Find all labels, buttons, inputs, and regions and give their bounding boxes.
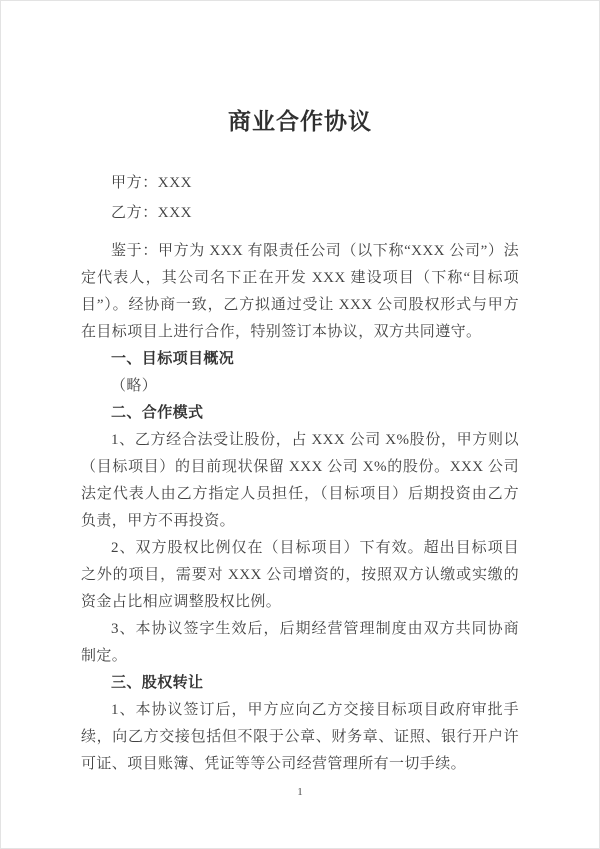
section-1-paragraph-1: （略）	[81, 373, 519, 400]
party-b-line: 乙方：XXX	[81, 198, 519, 228]
section-1-heading: 一、目标项目概况	[81, 346, 519, 373]
section-3-heading: 三、股权转让	[81, 670, 519, 697]
parties-block: 甲方：XXX 乙方：XXX	[81, 168, 519, 228]
section-2-paragraph-3: 3、本协议签字生效后，后期经营管理制度由双方共同协商制定。	[81, 616, 519, 670]
party-a-line: 甲方：XXX	[81, 168, 519, 198]
section-2-paragraph-1: 1、乙方经合法受让股份，占 XXX 公司 X%股份，甲方则以（目标项目）的目前现…	[81, 427, 519, 535]
section-2-paragraph-2: 2、双方股权比例仅在（目标项目）下有效。超出目标项目之外的项目，需要对 XXX …	[81, 535, 519, 616]
page-number: 1	[297, 786, 303, 798]
document-body: 鉴于：甲方为 XXX 有限责任公司（以下称“XXX 公司”）法定代表人，其公司名…	[81, 238, 519, 778]
document-title: 商业合作协议	[1, 1, 599, 135]
preamble-paragraph: 鉴于：甲方为 XXX 有限责任公司（以下称“XXX 公司”）法定代表人，其公司名…	[81, 238, 519, 346]
section-2-heading: 二、合作模式	[81, 400, 519, 427]
page-footer: 1	[1, 782, 599, 800]
document-page: 商业合作协议 甲方：XXX 乙方：XXX 鉴于：甲方为 XXX 有限责任公司（以…	[0, 0, 600, 849]
section-3-paragraph-1: 1、本协议签订后，甲方应向乙方交接目标项目政府审批手续，向乙方交接包括但不限于公…	[81, 697, 519, 778]
